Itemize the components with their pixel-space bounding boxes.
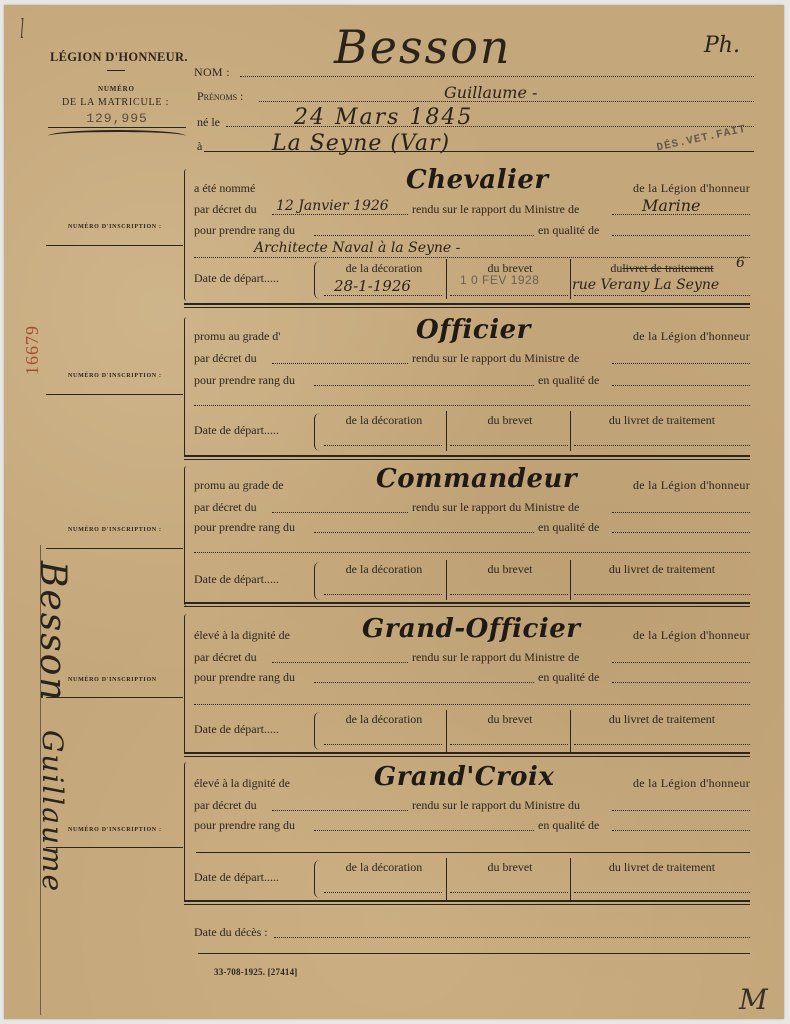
inscription-label: NUMÉRO D'INSCRIPTION : — [68, 527, 162, 533]
col-livret-label: du livret de traitement — [574, 712, 750, 727]
qualite-line — [612, 682, 750, 683]
grade-title: Commandeur — [376, 464, 577, 494]
title-rule — [107, 70, 125, 71]
decoration-line — [324, 295, 442, 296]
col-decoration-label: de la décoration — [324, 261, 444, 276]
section-brace — [184, 762, 190, 902]
decoration-line — [324, 892, 442, 893]
ink-stamp: DÉS.VET.FAIT — [656, 124, 748, 155]
section-brace — [184, 317, 190, 457]
departure-paren — [314, 562, 320, 600]
departure-paren — [314, 712, 320, 750]
decree-label: par décret du — [194, 202, 257, 216]
legion-text: de la Légion d'honneur — [633, 776, 750, 791]
col-divider — [570, 710, 571, 752]
brevet-line — [450, 295, 568, 296]
qualite-line — [612, 235, 750, 236]
col-livret-label: dulivret de traitement — [574, 261, 750, 276]
decree-date-value: 12 Janvier 1926 — [276, 198, 389, 214]
departure-paren — [314, 261, 320, 299]
col-divider — [570, 560, 571, 600]
brevet-line — [450, 594, 568, 595]
col-decoration-label: de la décoration — [324, 413, 444, 428]
qualite-continuation-line — [194, 405, 750, 406]
birth-date-label: né le — [197, 115, 220, 130]
prenoms-value: Guillaume - — [444, 83, 537, 102]
decree-date-line — [272, 363, 408, 364]
col-brevet-label: du brevet — [450, 562, 570, 577]
qualite-continuation-line — [194, 704, 750, 705]
col-decoration-label: de la décoration — [324, 712, 444, 727]
qualite-continuation-line — [194, 552, 750, 553]
col-divider — [446, 259, 447, 299]
corner-pencil-mark: M — [739, 983, 768, 1016]
section-double-rule — [184, 602, 750, 607]
rank-line — [314, 830, 534, 831]
matricule-label: DE LA MATRICULE : — [62, 97, 169, 108]
brevet-date-stamp: 1 0 FEV 1928 — [460, 273, 539, 287]
rank-line — [314, 385, 534, 386]
brevet-line — [450, 744, 568, 745]
inscription-label: NUMÉRO D'INSCRIPTION : — [68, 224, 162, 230]
departure-date-label: Date de départ..... — [194, 271, 279, 286]
livret-line — [574, 445, 750, 446]
col-livret-label: du livret de traitement — [574, 413, 750, 428]
section-double-rule — [184, 455, 750, 460]
section-commandeur: promu au grade de Commandeur de la Légio… — [184, 462, 750, 610]
decree-date-line — [272, 810, 408, 811]
prenoms-label: Prénoms : — [197, 89, 243, 104]
decoration-line — [324, 744, 442, 745]
rank-line — [314, 532, 534, 533]
qualite-continuation-line — [194, 257, 750, 258]
legion-honneur-record-card: l LÉGION D'HONNEUR. NUMÉRO DE LA MATRICU… — [4, 5, 784, 1019]
departure-date-label: Date de départ..... — [194, 572, 279, 587]
livret-line — [574, 892, 750, 893]
qualite-continuation-line — [196, 852, 750, 853]
col-divider — [570, 259, 571, 299]
nom-value: Besson — [334, 20, 512, 74]
qualite-value: Architecte Naval à la Seyne - — [254, 240, 460, 256]
section-double-rule — [184, 303, 750, 308]
departure-paren — [314, 413, 320, 451]
departure-paren — [314, 860, 320, 898]
ministre-line — [612, 662, 750, 663]
section-grand-officier: élevé à la dignité de Grand-Officier de … — [184, 610, 750, 758]
death-date-line — [274, 937, 750, 938]
col-brevet-label: du brevet — [450, 712, 570, 727]
inscription-label: NUMÉRO D'INSCRIPTION : — [68, 827, 162, 833]
ministre-line — [612, 810, 750, 811]
corner-annotation: Ph. — [704, 33, 740, 58]
ministre-value: Marine — [642, 196, 700, 215]
section-grand-croix: élevé à la dignité de Grand'Croix de la … — [184, 758, 750, 906]
col-divider — [446, 858, 447, 900]
birth-date-value: 24 Mars 1845 — [294, 105, 473, 130]
section-brace — [184, 169, 190, 301]
decree-date-line — [272, 214, 408, 215]
col-brevet-label: du brevet — [450, 413, 570, 428]
departure-date-label: Date de départ..... — [194, 722, 279, 737]
section-double-rule — [184, 752, 750, 757]
decoration-date-value: 28-1-1926 — [334, 277, 411, 295]
section-double-rule — [184, 900, 750, 905]
grade-title: Officier — [416, 315, 531, 345]
col-livret-label: du livret de traitement — [574, 562, 750, 577]
legion-text: de la Légion d'honneur — [633, 628, 750, 643]
col-divider — [446, 560, 447, 600]
legion-text: de la Légion d'honneur — [633, 181, 750, 196]
decree-date-line — [272, 662, 408, 663]
grade-title: Grand-Officier — [362, 614, 580, 644]
red-file-number: 16679 — [22, 325, 43, 375]
section-chevalier: a été nommé Chevalier de la Légion d'hon… — [184, 165, 750, 305]
matricule-value: 129,995 — [48, 111, 186, 128]
pencil-tick-mark: l — [20, 15, 23, 45]
livret-struck-text: livret de traitement — [622, 261, 713, 275]
departure-date-label: Date de départ..... — [194, 870, 279, 885]
ministre-line — [612, 512, 750, 513]
qualite-line — [612, 532, 750, 533]
livret-line — [574, 295, 750, 296]
decoration-line — [324, 445, 442, 446]
print-reference: 33-708-1925. [27414] — [214, 967, 298, 977]
inscription-line — [46, 548, 183, 549]
col-divider — [570, 411, 571, 451]
birth-place-value: La Seyne (Var) — [272, 131, 450, 156]
footer-rule — [198, 953, 750, 954]
section-officier: promu au grade d' Officier de la Légion … — [184, 313, 750, 461]
section-brace — [184, 466, 190, 606]
ornamental-swash — [48, 130, 186, 136]
grade-title: Grand'Croix — [374, 762, 554, 792]
decoration-line — [324, 594, 442, 595]
section-brace — [184, 614, 190, 754]
col-livret-label: du livret de traitement — [574, 860, 750, 875]
inscription-line — [46, 394, 183, 395]
nom-field-line — [240, 76, 754, 77]
document-title: LÉGION D'HONNEUR. — [50, 50, 188, 65]
legion-text: de la Légion d'honneur — [633, 478, 750, 493]
inscription-label: NUMÉRO D'INSCRIPTION — [68, 677, 157, 683]
departure-date-label: Date de départ..... — [194, 423, 279, 438]
nom-label: NOM : — [194, 65, 230, 80]
qualite-line — [612, 830, 750, 831]
rank-line — [314, 235, 534, 236]
inscription-line — [46, 245, 183, 246]
inscription-label: NUMÉRO D'INSCRIPTION : — [68, 373, 162, 379]
brevet-line — [450, 445, 568, 446]
col-brevet-label: du brevet — [450, 860, 570, 875]
col-divider — [446, 710, 447, 752]
decree-date-line — [272, 512, 408, 513]
vertical-surname: Besson — [32, 561, 73, 703]
rank-line — [314, 682, 534, 683]
livret-line — [574, 744, 750, 745]
legion-text: de la Légion d'honneur — [633, 329, 750, 344]
grade-title: Chevalier — [406, 165, 549, 195]
livret-address-value: rue Verany La Seyne — [572, 277, 719, 293]
qualite-line — [612, 385, 750, 386]
col-divider — [446, 411, 447, 451]
vertical-handwritten-name: Besson Guillaume — [32, 561, 73, 893]
col-decoration-label: de la décoration — [324, 860, 444, 875]
livret-line — [574, 594, 750, 595]
intro-text: a été nommé — [194, 181, 255, 195]
col-decoration-label: de la décoration — [324, 562, 444, 577]
brevet-line — [450, 892, 568, 893]
vertical-firstname: Guillaume — [36, 730, 69, 893]
death-date-label: Date du décès : — [194, 925, 268, 940]
col-divider — [570, 858, 571, 900]
ministre-line — [612, 363, 750, 364]
birth-place-label: à — [197, 139, 202, 154]
livret-prefix: du — [610, 261, 622, 275]
numero-label: NUMÉRO — [98, 85, 135, 93]
livret-note: 6 — [736, 255, 745, 271]
